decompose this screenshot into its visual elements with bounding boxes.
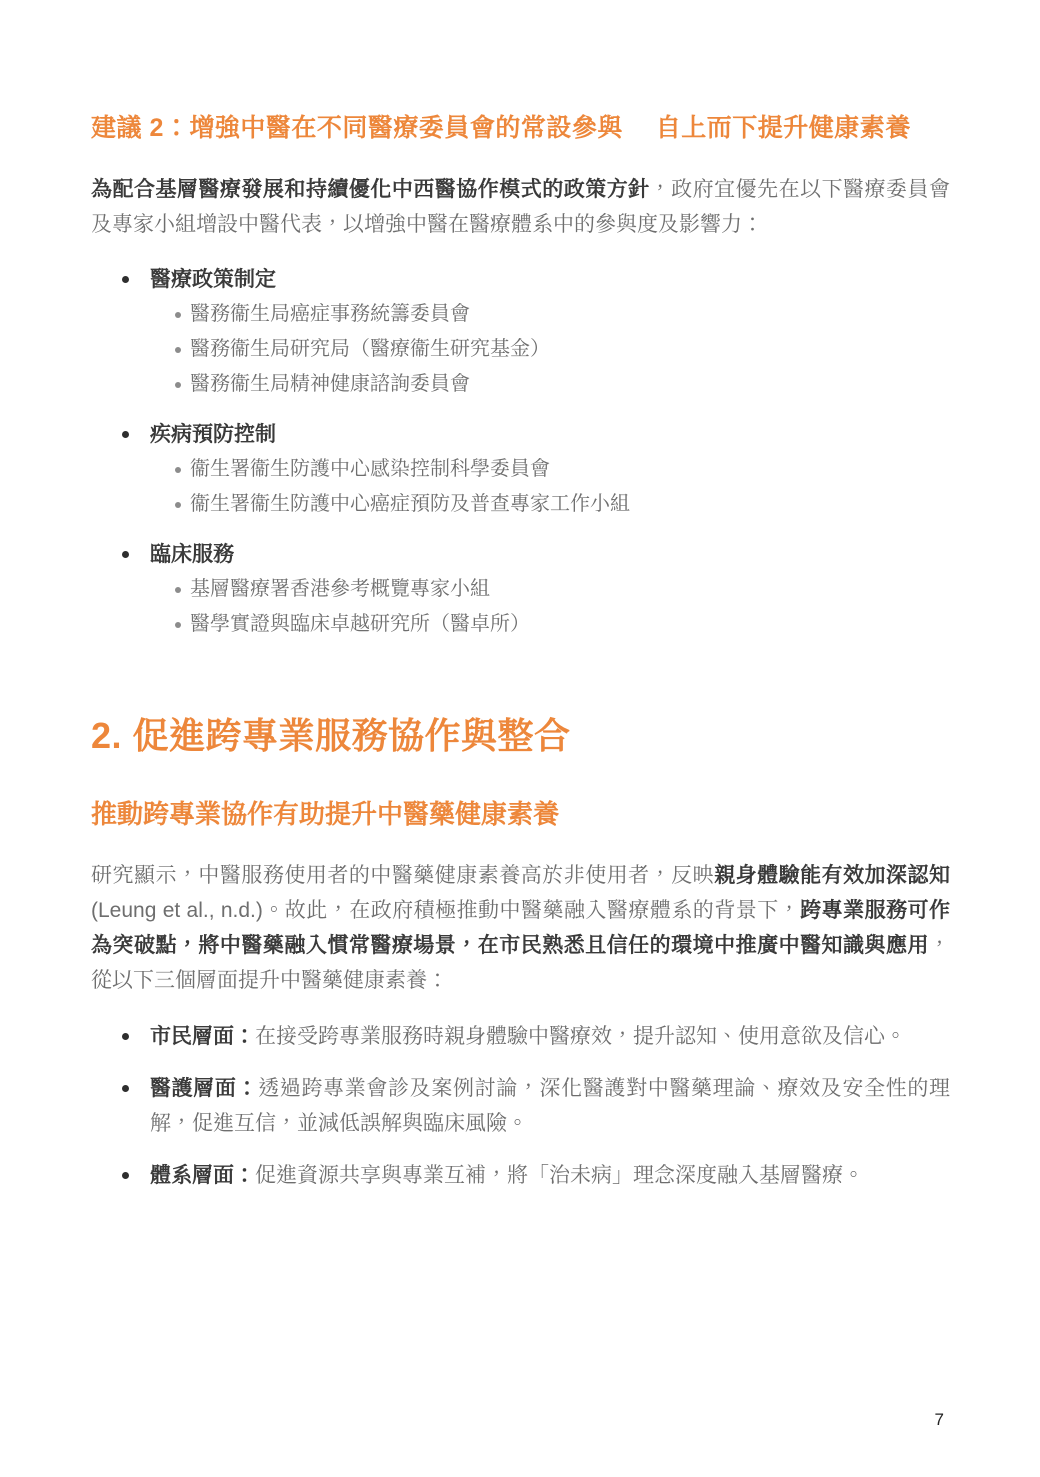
list-item: 基層醫療署香港參考概覽專家小組 [91,572,950,607]
bullet-icon [122,551,129,558]
sub-bullet-icon [175,502,181,508]
group-title: 臨床服務 [150,537,234,572]
level-text-block: 市民層面：在接受跨專業服務時親身體驗中醫療效，提升認知、使用意欲及信心。 [150,1019,906,1054]
level-item-provider: 醫護層面：透過跨專業會診及案例討論，深化醫護對中醫藥理論、療效及安全性的理解，促… [91,1071,950,1141]
list-item: 衞生署衞生防護中心癌症預防及普查專家工作小組 [91,487,950,522]
level-label: 醫護層面： [150,1077,258,1100]
recommendation-2-intro: 為配合基層醫療發展和持續優化中西醫協作模式的政策方針，政府宜優先在以下醫療委員會… [91,172,950,242]
level-text: 促進資源共享與專業互補，將「治未病」理念深度融入基層醫療。 [255,1164,864,1187]
level-text: 透過跨專業會診及案例討論，深化醫護對中醫藥理論、療效及安全性的理解，促進互信，並… [150,1077,950,1135]
paragraph-run-bold: 親身體驗能有效加深認知 [714,864,950,887]
level-text-block: 體系層面：促進資源共享與專業互補，將「治未病」理念深度融入基層醫療。 [150,1158,864,1193]
paragraph-run: (Leung et al., n.d.)。故此，在政府積極推動中醫藥融入醫療體系… [91,899,800,922]
list-item: 醫務衞生局研究局（醫療衞生研究基金） [91,332,950,367]
group-title: 醫療政策制定 [150,262,276,297]
committee-group-prevention: 疾病預防控制 衞生署衞生防護中心感染控制科學委員會 衞生署衞生防護中心癌症預防及… [91,417,950,522]
group-title-row: 臨床服務 [91,537,950,572]
section-2-paragraph: 研究顯示，中醫服務使用者的中醫藥健康素養高於非使用者，反映親身體驗能有效加深認知… [91,858,950,998]
recommendation-2-heading: 建議 2：增強中醫在不同醫療委員會的常設參與 自上而下提升健康素養 [91,110,950,146]
levels-list: 市民層面：在接受跨專業服務時親身體驗中醫療效，提升認知、使用意欲及信心。 醫護層… [91,1019,950,1193]
sub-bullet-icon [175,382,181,388]
page-number: 7 [935,1408,944,1432]
list-item: 醫務衞生局精神健康諮詢委員會 [91,367,950,402]
intro-bold-text: 為配合基層醫療發展和持續優化中西醫協作模式的政策方針 [91,178,650,201]
paragraph-run: 研究顯示，中醫服務使用者的中醫藥健康素養高於非使用者，反映 [91,864,714,887]
list-item-text: 醫務衞生局研究局（醫療衞生研究基金） [190,332,550,367]
list-item: 衞生署衞生防護中心感染控制科學委員會 [91,452,950,487]
sub-bullet-icon [175,347,181,353]
group-title: 疾病預防控制 [150,417,276,452]
list-item: 醫學實證與臨床卓越研究所（醫卓所） [91,607,950,642]
section-2-heading: 2. 促進跨專業服務協作與整合 [91,712,950,760]
list-item-text: 醫務衞生局癌症事務統籌委員會 [190,297,470,332]
level-item-system: 體系層面：促進資源共享與專業互補，將「治未病」理念深度融入基層醫療。 [91,1158,950,1193]
list-item: 醫務衞生局癌症事務統籌委員會 [91,297,950,332]
sub-bullet-icon [175,312,181,318]
sub-bullet-icon [175,587,181,593]
level-label: 市民層面： [150,1025,255,1048]
list-item-text: 醫學實證與臨床卓越研究所（醫卓所） [190,607,530,642]
level-text: 在接受跨專業服務時親身體驗中醫療效，提升認知、使用意欲及信心。 [255,1025,906,1048]
level-label: 體系層面： [150,1164,255,1187]
sub-bullet-icon [175,467,181,473]
section-2-subheading: 推動跨專業協作有助提升中醫藥健康素養 [91,797,950,831]
sub-bullet-icon [175,622,181,628]
bullet-icon [122,1033,129,1040]
group-title-row: 醫療政策制定 [91,262,950,297]
level-item-citizen: 市民層面：在接受跨專業服務時親身體驗中醫療效，提升認知、使用意欲及信心。 [91,1019,950,1054]
bullet-icon [122,1085,129,1092]
committee-group-policy: 醫療政策制定 醫務衞生局癌症事務統籌委員會 醫務衞生局研究局（醫療衞生研究基金）… [91,262,950,402]
group-title-row: 疾病預防控制 [91,417,950,452]
list-item-text: 基層醫療署香港參考概覽專家小組 [190,572,490,607]
committee-group-clinical: 臨床服務 基層醫療署香港參考概覽專家小組 醫學實證與臨床卓越研究所（醫卓所） [91,537,950,642]
document-page: 建議 2：增強中醫在不同醫療委員會的常設參與 自上而下提升健康素養 為配合基層醫… [0,0,1040,1477]
page-content: 建議 2：增強中醫在不同醫療委員會的常設參與 自上而下提升健康素養 為配合基層醫… [0,110,1040,1193]
list-item-text: 衞生署衞生防護中心感染控制科學委員會 [190,452,550,487]
bullet-icon [122,431,129,438]
level-text-block: 醫護層面：透過跨專業會診及案例討論，深化醫護對中醫藥理論、療效及安全性的理解，促… [150,1071,950,1141]
list-item-text: 醫務衞生局精神健康諮詢委員會 [190,367,470,402]
bullet-icon [122,276,129,283]
list-item-text: 衞生署衞生防護中心癌症預防及普查專家工作小組 [190,487,630,522]
committee-list: 醫療政策制定 醫務衞生局癌症事務統籌委員會 醫務衞生局研究局（醫療衞生研究基金）… [91,262,950,642]
bullet-icon [122,1172,129,1179]
